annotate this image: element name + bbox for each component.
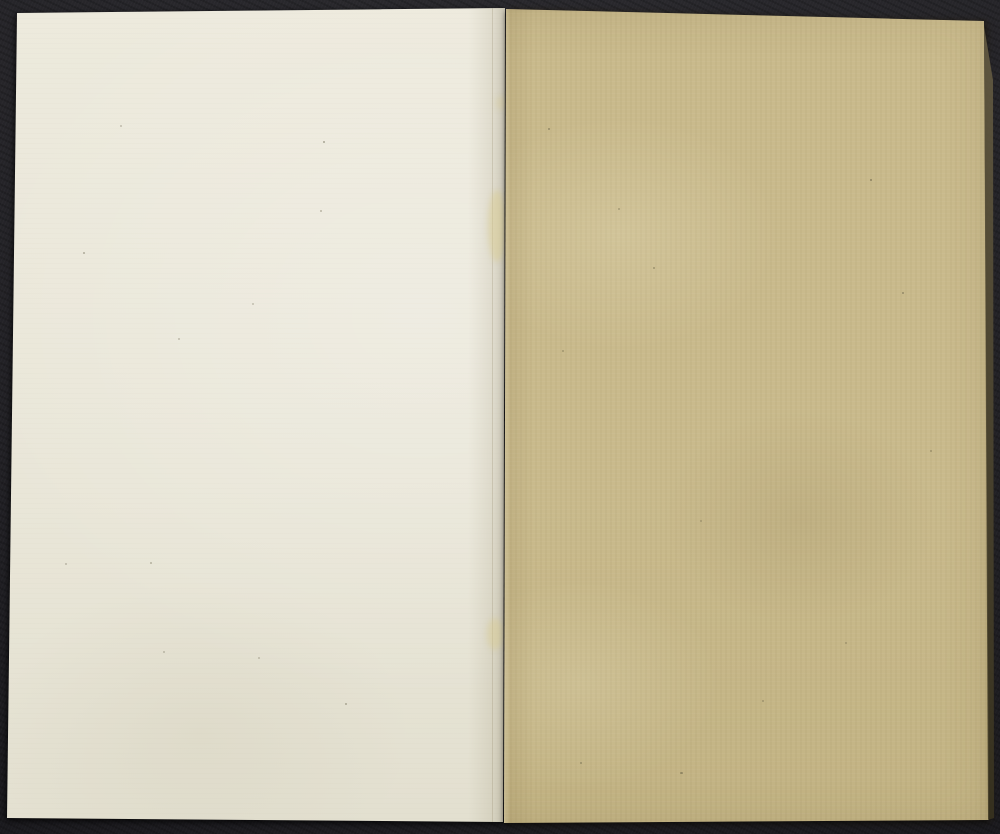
speck	[902, 292, 904, 294]
speck	[930, 450, 932, 452]
scan-mat	[0, 0, 1000, 834]
speck	[580, 762, 582, 764]
right-page-features	[0, 0, 1000, 834]
right-blank-page	[0, 0, 1000, 834]
speck	[870, 179, 872, 181]
speck	[845, 642, 847, 644]
speck	[700, 520, 702, 522]
speck	[562, 350, 564, 352]
speck	[548, 128, 550, 130]
speck	[653, 267, 655, 269]
right-page-shadow-wrap	[0, 0, 1000, 834]
speck	[618, 208, 620, 210]
speck	[680, 772, 683, 774]
speck	[762, 700, 764, 702]
